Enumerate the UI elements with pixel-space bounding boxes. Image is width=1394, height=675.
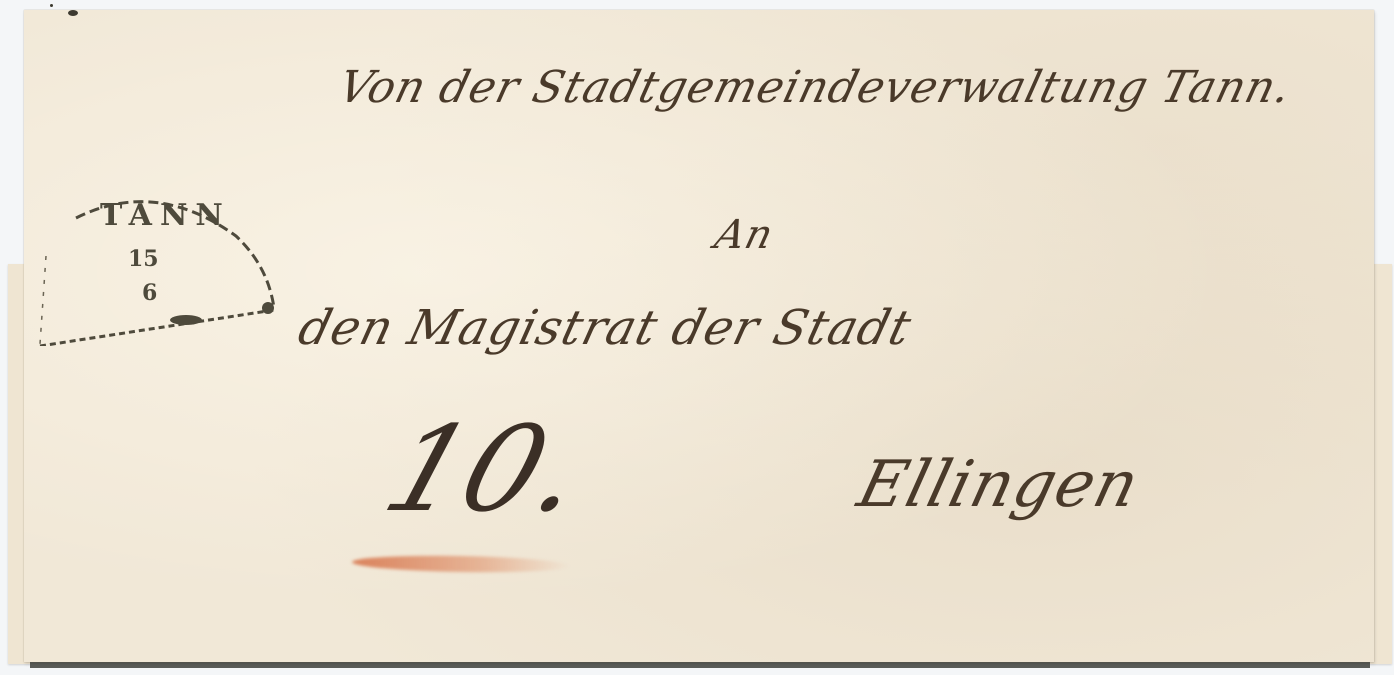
postmark-month: 6 [142, 280, 157, 306]
destination-line: Ellingen [851, 448, 1147, 522]
postmark-day: 15 [128, 246, 159, 272]
postmark: TANN 15 6 [36, 196, 276, 346]
ink-speck [68, 10, 78, 16]
ink-speck [50, 4, 53, 7]
preposition-line: An [710, 212, 778, 258]
postmark-town: TANN [100, 198, 231, 233]
recipient-line: den Magistrat der Stadt [293, 300, 917, 356]
sender-line: Von der Stadtgemeindeverwaltung Tann. [334, 62, 1297, 113]
rate-marking: 10. [373, 410, 599, 528]
